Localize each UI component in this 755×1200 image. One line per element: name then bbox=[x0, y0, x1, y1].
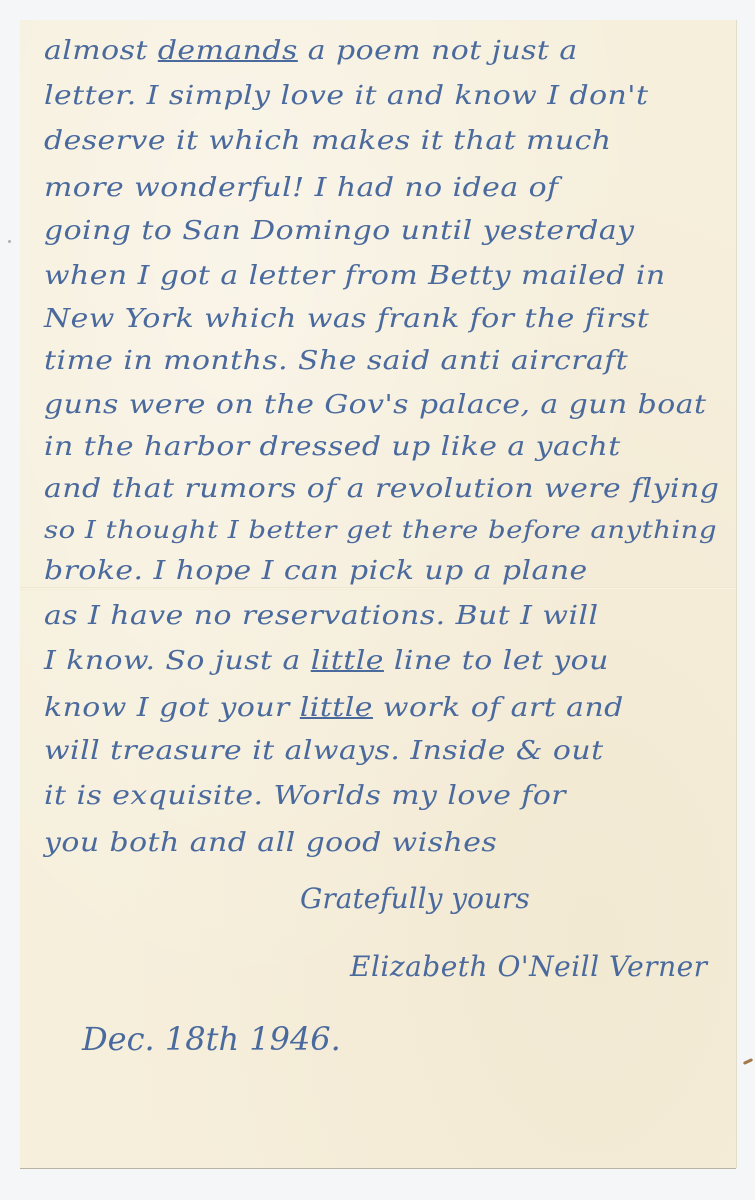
letter-text: it is exquisite. Worlds my love for bbox=[44, 781, 566, 811]
letter-text: you both and all good wishes bbox=[44, 828, 497, 858]
letter-text: will treasure it always. Inside & out bbox=[44, 736, 604, 766]
letter-line-14: as I have no reservations. But I will bbox=[44, 603, 599, 629]
letter-line-15: I know. So just a little line to let you bbox=[44, 648, 609, 674]
signature: Elizabeth O'Neill Verner bbox=[350, 950, 708, 983]
paper-stain-mark bbox=[743, 1058, 753, 1065]
letter-line-6: when I got a letter from Betty mailed in bbox=[44, 263, 666, 289]
letter-line-19: you both and all good wishes bbox=[44, 830, 497, 856]
underlined-word: little bbox=[300, 693, 373, 723]
letter-text: I know. So just a little line to let you bbox=[44, 646, 609, 676]
letter-line-1: almost demands a poem not just a bbox=[44, 38, 578, 64]
letter-line-18: it is exquisite. Worlds my love for bbox=[44, 783, 566, 809]
letter-line-5: going to San Domingo until yesterday bbox=[44, 218, 635, 244]
letter-text: almost demands a poem not just a bbox=[44, 36, 578, 66]
letter-text: New York which was frank for the first bbox=[44, 304, 649, 334]
letter-text: guns were on the Gov's palace, a gun boa… bbox=[44, 390, 707, 420]
letter-text: time in months. She said anti aircraft bbox=[44, 346, 628, 376]
paper-fold-line bbox=[20, 587, 736, 590]
underlined-word: little bbox=[311, 646, 384, 676]
letter-text: in the harbor dressed up like a yacht bbox=[44, 432, 621, 462]
letter-text: letter. I simply love it and know I don'… bbox=[44, 81, 648, 111]
letter-text: as I have no reservations. But I will bbox=[44, 601, 599, 631]
closing-salutation: Gratefully yours bbox=[300, 882, 530, 915]
letter-text: deserve it which makes it that much bbox=[44, 126, 612, 156]
letter-line-3: deserve it which makes it that much bbox=[44, 128, 612, 154]
letter-text: broke. I hope I can pick up a plane bbox=[44, 556, 588, 586]
letter-text: and that rumors of a revolution were fly… bbox=[44, 474, 719, 504]
letter-line-13: broke. I hope I can pick up a plane bbox=[44, 558, 588, 584]
underlined-word: demands bbox=[158, 36, 298, 66]
letter-page: almost demands a poem not just a letter.… bbox=[20, 20, 736, 1168]
letter-text: know I got your little work of art and bbox=[44, 693, 624, 723]
letter-date: Dec. 18th 1946. bbox=[82, 1020, 341, 1058]
letter-line-16: know I got your little work of art and bbox=[44, 695, 624, 721]
paper-speck bbox=[8, 240, 11, 243]
letter-text: going to San Domingo until yesterday bbox=[44, 216, 635, 246]
letter-line-9: guns were on the Gov's palace, a gun boa… bbox=[44, 392, 707, 418]
letter-text: more wonderful! I had no idea of bbox=[44, 173, 559, 203]
letter-text: so I thought I better get there before a… bbox=[44, 516, 717, 544]
letter-text: when I got a letter from Betty mailed in bbox=[44, 261, 666, 291]
letter-line-12: so I thought I better get there before a… bbox=[44, 518, 717, 542]
letter-line-7: New York which was frank for the first bbox=[44, 306, 649, 332]
letter-line-2: letter. I simply love it and know I don'… bbox=[44, 83, 648, 109]
letter-line-10: in the harbor dressed up like a yacht bbox=[44, 434, 621, 460]
letter-line-8: time in months. She said anti aircraft bbox=[44, 348, 628, 374]
letter-line-4: more wonderful! I had no idea of bbox=[44, 175, 559, 201]
letter-line-17: will treasure it always. Inside & out bbox=[44, 738, 604, 764]
letter-line-11: and that rumors of a revolution were fly… bbox=[44, 476, 719, 502]
